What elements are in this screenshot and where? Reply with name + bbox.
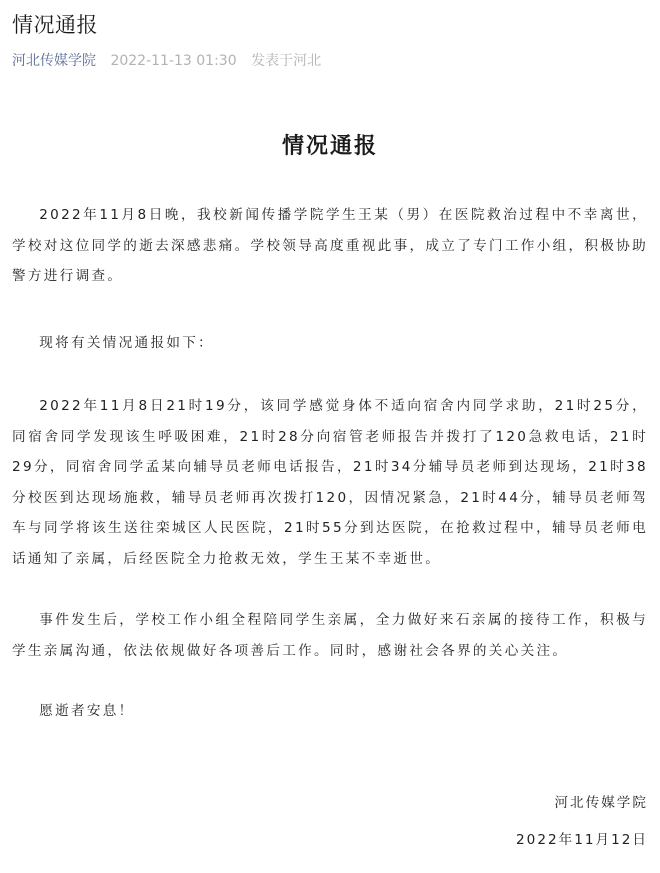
document-heading: 情况通报	[0, 131, 660, 163]
article-title: 情况通报	[12, 10, 648, 40]
paragraph-timeline: 2022年11月8日21时19分，该同学感觉身体不适向宿舍内同学求助，21时25…	[12, 391, 648, 574]
signature-date: 2022年11月12日	[516, 825, 648, 855]
paragraph-intro: 现将有关情况通报如下：	[12, 328, 648, 359]
document-body: 2022年11月8日晚，我校新闻传播学院学生王某（男）在医院救治过程中不幸离世，…	[12, 200, 648, 757]
publish-time: 2022-11-13 01:30	[110, 53, 236, 69]
article-header: 情况通报 河北传媒学院 2022-11-13 01:30 发表于河北	[12, 10, 648, 71]
article-meta: 河北传媒学院 2022-11-13 01:30 发表于河北	[12, 51, 648, 71]
signature-block: 河北传媒学院 2022年11月12日	[516, 788, 648, 855]
publish-location: 发表于河北	[251, 53, 321, 69]
paragraph-incident-summary: 2022年11月8日晚，我校新闻传播学院学生王某（男）在医院救治过程中不幸离世，…	[12, 200, 648, 292]
signature-organization: 河北传媒学院	[516, 788, 648, 818]
source-account-link[interactable]: 河北传媒学院	[12, 53, 96, 69]
paragraph-aftermath: 事件发生后，学校工作小组全程陪同学生亲属，全力做好来石亲属的接待工作，积极与学生…	[12, 605, 648, 666]
paragraph-condolence: 愿逝者安息！	[12, 696, 648, 727]
